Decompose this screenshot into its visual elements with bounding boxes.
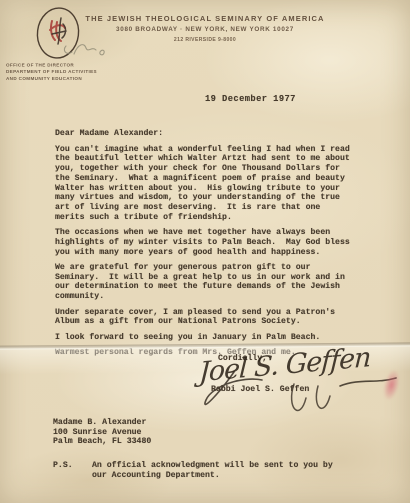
office-block: OFFICE OF THE DIRECTOR DEPARTMENT OF FIE…: [6, 62, 97, 82]
paragraph: You can't imagine what a wonderful feeli…: [55, 145, 367, 223]
typed-signature-name: Rabbi Joel S. Geffen: [211, 385, 309, 395]
paragraph: I look forward to seeing you in January …: [55, 333, 367, 343]
postscript-label: P.S.: [53, 461, 73, 471]
org-phone: 212 RIVERSIDE 9-8000: [45, 37, 365, 42]
scanned-letter-page: THE JEWISH THEOLOGICAL SEMINARY OF AMERI…: [0, 0, 410, 503]
paragraph: Under separate cover, I am pleased to se…: [55, 308, 367, 327]
org-name: THE JEWISH THEOLOGICAL SEMINARY OF AMERI…: [0, 14, 410, 23]
paragraph: We are grateful for your generous patron…: [55, 263, 367, 302]
salutation: Dear Madame Alexander:: [55, 129, 367, 139]
org-address: 3080 BROADWAY · NEW YORK, NEW YORK 10027: [0, 26, 410, 33]
postscript-text: An official acknowledgment will be sent …: [92, 461, 372, 480]
letter-body: Dear Madame Alexander: You can't imagine…: [55, 129, 367, 364]
paragraph: The occasions when we have met together …: [55, 228, 367, 257]
date-line: 19 December 1977: [205, 95, 296, 105]
recipient-address: Madame B. Alexander 100 Sunrise Avenue P…: [53, 418, 151, 447]
